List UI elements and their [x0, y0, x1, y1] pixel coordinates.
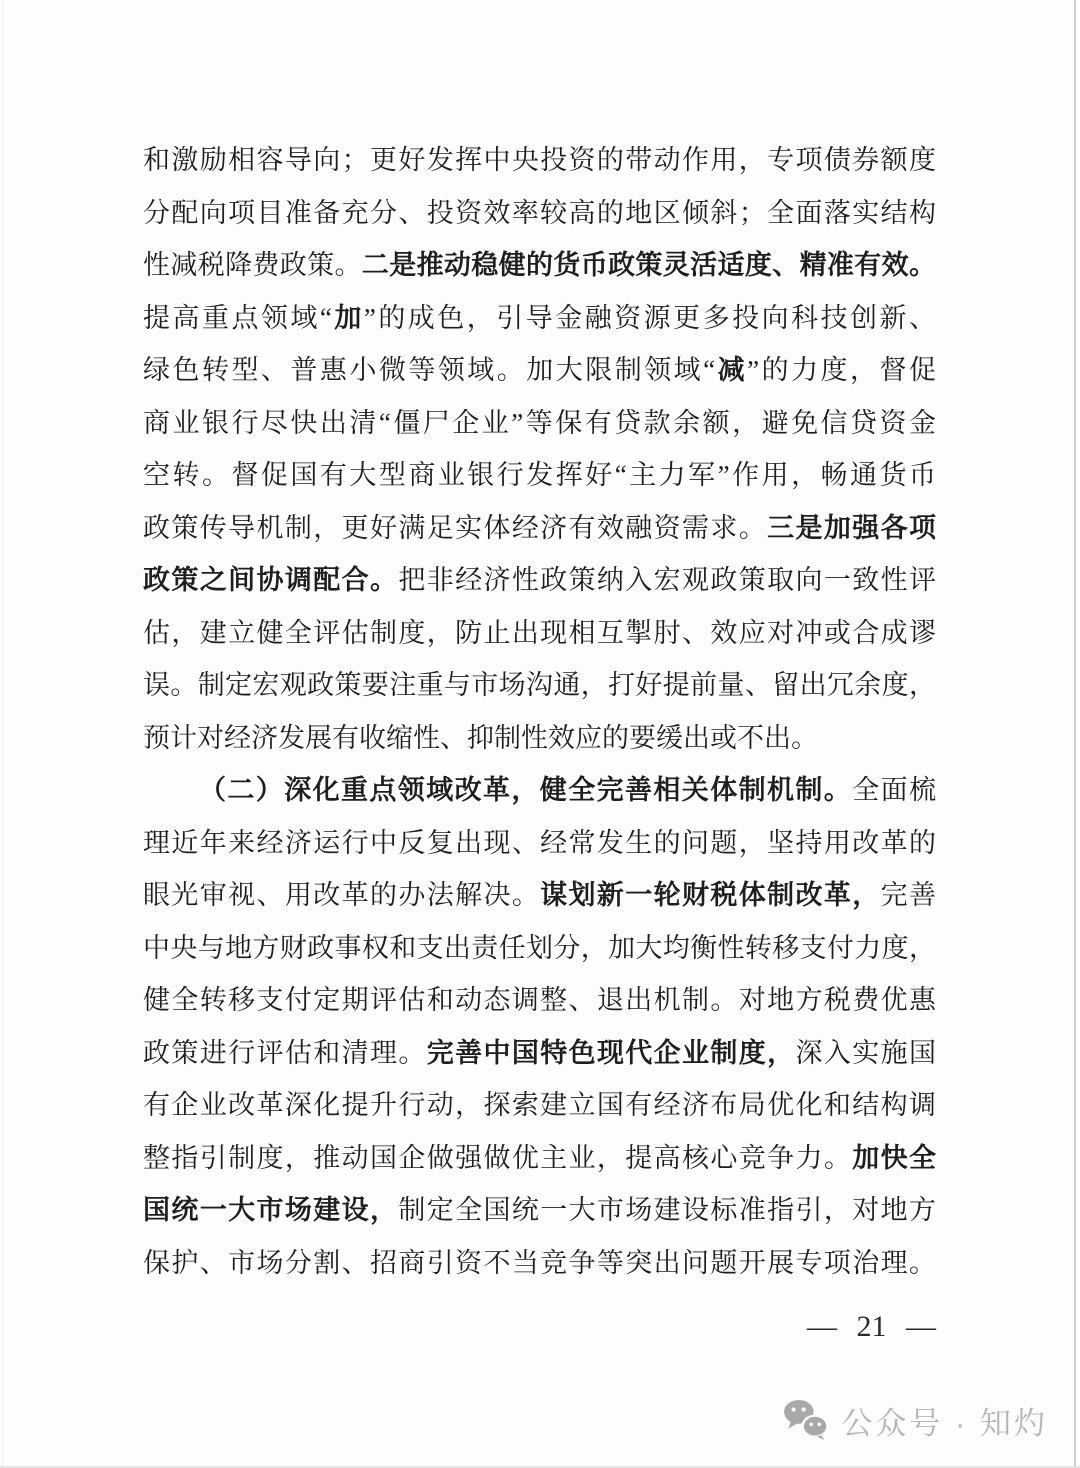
text-line: 政策传导机制，更好满足实体经济有效融资需求。三是加强各项 — [143, 502, 936, 555]
text-segment-song: 空转。督促国有大型商业银行发挥好“主力军”作用，畅通货币 — [143, 460, 936, 490]
text-line: 政策进行评估和清理。完善中国特色现代企业制度，深入实施国 — [143, 1027, 936, 1080]
text-line: 预计对经济发展有收缩性、抑制性效应的要缓出或不出。 — [143, 712, 936, 765]
text-segment-hei: 谋划新一轮财税体制改革， — [540, 880, 880, 910]
text-line: 估，建立健全评估制度，防止出现相互掣肘、效应对冲或合成谬 — [143, 607, 936, 660]
text-line: 和激励相容导向；更好发挥中央投资的带动作用，专项债券额度 — [143, 134, 936, 187]
page-right-edge — [1074, 0, 1076, 1468]
text-segment-song: 整指引制度，推动国企做强做优主业，提高核心竞争力。 — [143, 1143, 852, 1173]
text-segment-song: ”的成色，引导金融资源更多投向科技创新、 — [364, 303, 936, 333]
text-line: 中央与地方财政事权和支出责任划分，加大均衡性转移支付力度， — [143, 922, 936, 975]
text-segment-song: 制定全国统一大市场建设标准指引，对地方 — [398, 1195, 936, 1225]
text-line: （二）深化重点领域改革，健全完善相关体制机制。全面梳 — [143, 764, 936, 817]
text-line: 有企业改革深化提升行动，探索建立国有经济布局优化和结构调 — [143, 1079, 936, 1132]
text-segment-hei: 二是推动稳健的货币政策灵活适度、精准有效。 — [362, 250, 936, 280]
text-segment-song: 绿色转型、普惠小微等领域。加大限制领域“ — [143, 355, 715, 385]
text-segment-song: ”的力度，督促 — [747, 355, 936, 385]
text-segment-hei: 加 — [332, 303, 364, 333]
text-segment-song: 政策进行评估和清理。 — [143, 1038, 427, 1068]
text-segment-hei: 完善中国特色现代企业制度， — [427, 1038, 796, 1068]
text-segment-song: 和激励相容导向；更好发挥中央投资的带动作用，专项债券额度 — [143, 145, 936, 175]
text-segment-song: 估，建立健全评估制度，防止出现相互掣肘、效应对冲或合成谬 — [143, 618, 936, 648]
text-line: 理近年来经济运行中反复出现、经常发生的问题，坚持用改革的 — [143, 817, 936, 870]
text-segment-hei: 三是加强各项 — [767, 513, 936, 543]
text-line: 政策之间协调配合。把非经济性政策纳入宏观政策取向一致性评 — [143, 554, 936, 607]
text-segment-song: 提高重点领域“ — [143, 303, 332, 333]
text-line: 分配向项目准备充分、投资效率较高的地区倾斜；全面落实结构 — [143, 187, 936, 240]
text-segment-hei: 减 — [715, 355, 747, 385]
text-segment-song: 中央与地方财政事权和支出责任划分，加大均衡性转移支付力度， — [143, 933, 936, 963]
watermark-text: 公众号 · 知灼 — [841, 1398, 1048, 1443]
text-line: 整指引制度，推动国企做强做优主业，提高核心竞争力。加快全 — [143, 1132, 936, 1185]
wechat-icon — [783, 1399, 829, 1441]
text-segment-song: 分配向项目准备充分、投资效率较高的地区倾斜；全面落实结构 — [143, 198, 936, 228]
text-segment-song: 健全转移支付定期评估和动态调整、退出机制。对地方税费优惠 — [143, 985, 936, 1015]
text-segment-kai: （二）深化重点领域改革，健全完善相关体制机制。 — [199, 775, 852, 805]
text-segment-hei: 国统一大市场建设， — [143, 1195, 398, 1225]
text-line: 性减税降费政策。二是推动稳健的货币政策灵活适度、精准有效。 — [143, 239, 936, 292]
text-segment-song: 全面梳 — [852, 775, 936, 805]
text-line: 提高重点领域“加”的成色，引导金融资源更多投向科技创新、 — [143, 292, 936, 345]
text-segment-song: 把非经济性政策纳入宏观政策取向一致性评 — [398, 565, 936, 595]
document-page: 和激励相容导向；更好发挥中央投资的带动作用，专项债券额度分配向项目准备充分、投资… — [0, 0, 1080, 1468]
text-line: 误。制定宏观政策要注重与市场沟通，打好提前量、留出冗余度， — [143, 659, 936, 712]
text-segment-song: 有企业改革深化提升行动，探索建立国有经济布局优化和结构调 — [143, 1090, 936, 1120]
page-left-edge — [2, 0, 3, 1468]
text-line: 商业银行尽快出清“僵尸企业”等保有贷款余额，避免信贷资金 — [143, 397, 936, 450]
text-segment-song: 政策传导机制，更好满足实体经济有效融资需求。 — [143, 513, 767, 543]
text-segment-song: 理近年来经济运行中反复出现、经常发生的问题，坚持用改革的 — [143, 828, 936, 858]
text-segment-song: 保护、市场分割、招商引资不当竞争等突出问题开展专项治理。 — [143, 1248, 936, 1278]
text-segment-song: 性减税降费政策。 — [143, 250, 362, 280]
text-segment-hei: 政策之间协调配合。 — [143, 565, 398, 595]
text-segment-song: 眼光审视、用改革的办法解决。 — [143, 880, 540, 910]
watermark: 公众号 · 知灼 — [783, 1396, 1048, 1444]
text-segment-hei: 加快全 — [852, 1143, 936, 1173]
text-line: 绿色转型、普惠小微等领域。加大限制领域“减”的力度，督促 — [143, 344, 936, 397]
text-segment-song: 误。制定宏观政策要注重与市场沟通，打好提前量、留出冗余度， — [143, 670, 936, 700]
text-segment-song: 深入实施国 — [796, 1038, 936, 1068]
page-number: — 21 — — [143, 1310, 936, 1344]
text-line: 空转。督促国有大型商业银行发挥好“主力军”作用，畅通货币 — [143, 449, 936, 502]
text-line: 健全转移支付定期评估和动态调整、退出机制。对地方税费优惠 — [143, 974, 936, 1027]
text-segment-song: 预计对经济发展有收缩性、抑制性效应的要缓出或不出。 — [143, 723, 818, 753]
text-segment-song: 商业银行尽快出清“僵尸企业”等保有贷款余额，避免信贷资金 — [143, 408, 936, 438]
text-line: 眼光审视、用改革的办法解决。谋划新一轮财税体制改革，完善 — [143, 869, 936, 922]
text-line: 国统一大市场建设，制定全国统一大市场建设标准指引，对地方 — [143, 1184, 936, 1237]
text-segment-song: 完善 — [881, 880, 936, 910]
text-line: 保护、市场分割、招商引资不当竞争等突出问题开展专项治理。 — [143, 1237, 936, 1290]
document-body: 和激励相容导向；更好发挥中央投资的带动作用，专项债券额度分配向项目准备充分、投资… — [143, 134, 936, 1289]
